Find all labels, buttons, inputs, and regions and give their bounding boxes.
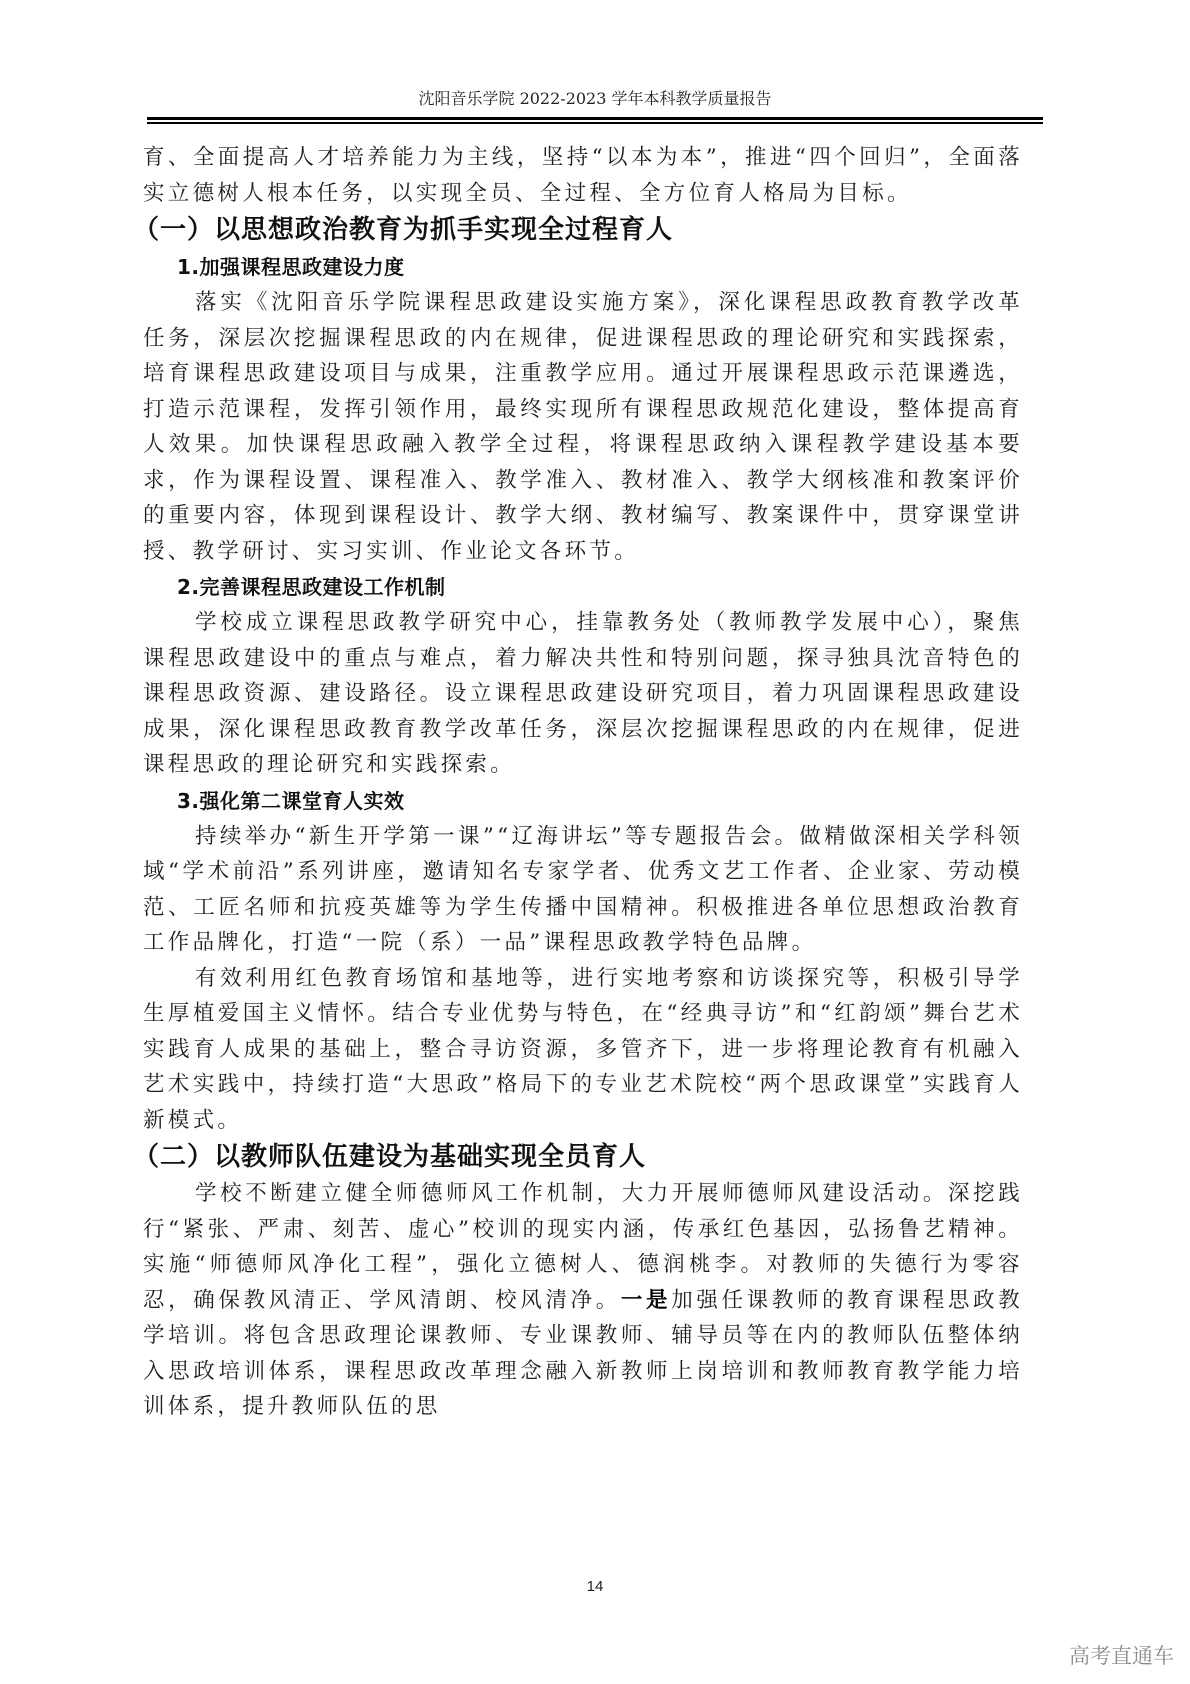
- paragraph-1-1: 落实《沈阳音乐学院课程思政建设实施方案》，深化课程思政教育教学改革任务，深层次挖…: [143, 285, 1023, 569]
- header-rule-thick: [147, 117, 1043, 120]
- intro-paragraph: 育、全面提高人才培养能力为主线，坚持“以本为本”，推进“四个回归”，全面落实立德…: [143, 140, 1023, 211]
- subsection-heading-1-3: 3.强化第二课堂育人实效: [143, 783, 1023, 819]
- section-heading-2: （二）以教师队伍建设为基础实现全员育人: [133, 1138, 1023, 1176]
- paragraph-1-2: 学校成立课程思政教学研究中心，挂靠教务处（教师教学发展中心），聚焦课程思政建设中…: [143, 605, 1023, 783]
- bold-lead-text: 一是: [621, 1288, 671, 1313]
- watermark-text: 高考直通车: [1069, 1640, 1174, 1670]
- header-rule-thin: [147, 122, 1043, 124]
- paragraph-1-3b: 有效利用红色教育场馆和基地等，进行实地考察和访谈探究等，积极引导学生厚植爱国主义…: [143, 961, 1023, 1139]
- page-header-title: 沈阳音乐学院 2022-2023 学年本科教学质量报告: [147, 86, 1043, 109]
- subsection-heading-1-1: 1.加强课程思政建设力度: [143, 249, 1023, 285]
- paragraph-1-3a: 持续举办“新生开学第一课”“辽海讲坛”等专题报告会。做精做深相关学科领域“学术前…: [143, 819, 1023, 961]
- document-body: 育、全面提高人才培养能力为主线，坚持“以本为本”，推进“四个回归”，全面落实立德…: [143, 140, 1023, 1425]
- subsection-heading-1-2: 2.完善课程思政建设工作机制: [143, 569, 1023, 605]
- paragraph-2-1: 学校不断建立健全师德师风工作机制，大力开展师德师风建设活动。深挖践行“紧张、严肃…: [143, 1176, 1023, 1425]
- page-number: 14: [0, 1578, 1190, 1595]
- section-heading-1: （一）以思想政治教育为抓手实现全过程育人: [133, 211, 1023, 249]
